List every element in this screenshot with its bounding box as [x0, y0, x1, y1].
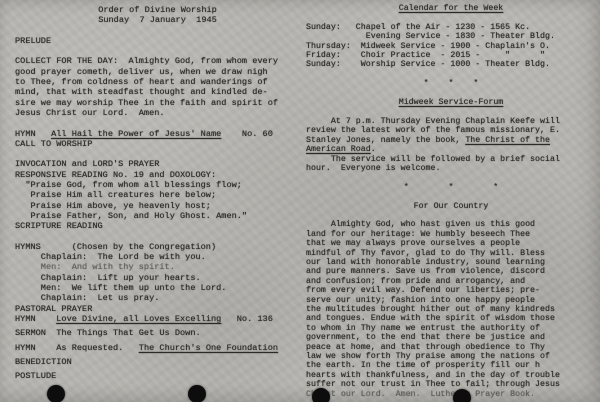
text-line: At 7 p.m. Thursday Evening Chaplain Keef… [306, 117, 596, 126]
text-line: Praise Him above, ye heavenly host; [15, 201, 300, 211]
text-line: hour. Everyone is welcome. [306, 164, 596, 173]
text-segment: No. 60 [221, 129, 273, 139]
text-line: land for our heritage: We humbly beseech… [306, 230, 596, 239]
underlined-text: American Road [306, 145, 371, 154]
text-line: Men: We lift them up unto the Lord. [15, 283, 300, 293]
underlined-text: The Christ of the [465, 136, 550, 145]
text-line [306, 211, 596, 220]
text-line [15, 46, 300, 56]
calendar-row: Sunday: Worship Service - 1000 - Theater… [306, 60, 596, 69]
calendar-column: Calendar for the Week Sunday: Chapel of … [306, 4, 596, 399]
text-line [306, 70, 596, 79]
text-line [306, 192, 596, 201]
text-line: Stanley Jones, namely the book, The Chri… [306, 136, 596, 145]
text-line: American Road. [306, 145, 596, 154]
text-line: to whom in Thy name we entrust the autho… [306, 324, 596, 333]
heading-postlude: POSTLUDE [15, 371, 300, 381]
text-segment: . [371, 145, 376, 154]
text-line: Praise Father, Son, and Holy Ghost. Amen… [15, 211, 300, 221]
text-line: Praise Him all creatures here below; [15, 190, 300, 200]
text-line: COLLECT FOR THE DAY: Almighty God, from … [15, 56, 300, 66]
calendar-row: Evening Service - 1830 - Theater Bldg. [306, 32, 596, 41]
text-line: The service will be followed by a brief … [306, 155, 596, 164]
calendar-row: Thursday: Midweek Service - 1900 - Chapl… [306, 42, 596, 51]
text-line [15, 232, 300, 242]
text-segment: HYMN [15, 129, 51, 139]
underlined-text: Calendar for the Week [399, 4, 504, 13]
text-line: and tongues. Endue with the spirit of wi… [306, 314, 596, 323]
worship-title: Order of Divine Worship [15, 5, 300, 15]
underlined-text: Love Divine, all Loves Excelling [56, 314, 221, 324]
text-line: Christ our Lord. Amen. Lutheran Prayer B… [306, 390, 596, 399]
text-line: from every evil way. Defend our libertie… [306, 286, 596, 295]
order-of-worship-column: Order of Divine WorshipSunday 7 January … [15, 5, 300, 381]
heading-prelude: PRELUDE [15, 36, 300, 46]
text-line [15, 118, 300, 128]
text-line: mind, that with steadfast thought and ki… [15, 87, 300, 97]
text-line: and confusion; from pride and arrogancy,… [306, 277, 596, 286]
underlined-text: The Church's One Foundation [139, 343, 278, 353]
text-line: the earth. In the time of prosperity fil… [306, 361, 596, 370]
text-line: government, to the end that there be jus… [306, 333, 596, 342]
text-line: the multitudes brought hither out of man… [306, 305, 596, 314]
heading-call-to-worship: CALL TO WORSHIP [15, 139, 300, 149]
sermon-line: SERMON The Things That Get Us Down. [15, 328, 300, 338]
text-line: Men: And with thy spirit. [15, 262, 300, 272]
heading-invocation: INVOCATION and LORD'S PRAYER [15, 159, 300, 169]
heading-hymns: HYMNS (Chosen by the Congregation) [15, 242, 300, 252]
text-line [306, 89, 596, 98]
text-line: Chaplain: Let us pray. [15, 293, 300, 303]
text-line: and pure manners. Save us from violence,… [306, 267, 596, 276]
calendar-title: Calendar for the Week [306, 4, 596, 13]
text-line: serve our unity; fashion into one happy … [306, 296, 596, 305]
text-line [15, 149, 300, 159]
text-line [306, 13, 596, 22]
forum-title: Midweek Service-Forum [306, 98, 596, 107]
hole-punch [312, 388, 330, 402]
text-line: suffer not our trust in Thee to fail; th… [306, 380, 596, 389]
asterisk-divider: * * * [306, 183, 596, 192]
text-line: Jesus Christ our Lord. Amen. [15, 108, 300, 118]
text-line [15, 26, 300, 36]
text-line [306, 173, 596, 182]
text-line: review the latest work of the famous mis… [306, 126, 596, 135]
hymn-line: HYMN All Hail the Power of Jesus' Name N… [15, 129, 300, 139]
text-line: Almighty God, who hast given us this goo… [306, 220, 596, 229]
hole-punch [47, 385, 65, 402]
text-line: to Thee, from coldness of heart and wand… [15, 77, 300, 87]
country-title: For Our Country [306, 202, 596, 211]
text-line: our land with honorable industry, sound … [306, 258, 596, 267]
hole-punch [453, 389, 471, 402]
text-line: that we may always prove ourselves a peo… [306, 239, 596, 248]
hymn-line: HYMN As Requested. The Church's One Foun… [15, 343, 300, 353]
hymn-line: HYMN Love Divine, all Loves Excelling No… [15, 314, 300, 324]
text-segment: Stanley Jones, namely the book, [306, 136, 465, 145]
heading-responsive-reading: RESPONSIVE READING No. 19 and DOXOLOGY: [15, 170, 300, 180]
text-line: peace at home, and that through obedienc… [306, 343, 596, 352]
hole-punch [188, 385, 206, 402]
worship-date: Sunday 7 January 1945 [15, 15, 300, 25]
heading-benediction: BENEDICTION [15, 357, 300, 367]
text-line: Chaplain: The Lord be with you. [15, 252, 300, 262]
underlined-text: Midweek Service-Forum [399, 98, 504, 107]
underlined-text: All Hail the Power of Jesus' Name [51, 129, 221, 139]
text-line: "Praise God, from whom all blessings flo… [15, 180, 300, 190]
heading-scripture-reading: SCRIPTURE READING [15, 221, 300, 231]
text-segment: HYMN [15, 314, 56, 324]
text-line: good prayer cometh, deliver us, when we … [15, 67, 300, 77]
text-line: sire we may worship Thee in the faith an… [15, 98, 300, 108]
calendar-row: Sunday: Chapel of the Air - 1230 - 1565 … [306, 23, 596, 32]
asterisk-divider: * * * [306, 79, 596, 88]
heading-pastoral-prayer: PASTORAL PRAYER [15, 304, 300, 314]
text-segment: HYMN As Requested. [15, 343, 139, 353]
text-segment: No. 136 [221, 314, 273, 324]
text-line [306, 107, 596, 116]
text-line: hearts with thankfulness, and in the day… [306, 371, 596, 380]
scanned-church-bulletin: Order of Divine WorshipSunday 7 January … [0, 0, 600, 402]
text-line: mindful of Thy favor, glad to do Thy wil… [306, 249, 596, 258]
text-line: Chaplain: Lift up your hearts. [15, 273, 300, 283]
